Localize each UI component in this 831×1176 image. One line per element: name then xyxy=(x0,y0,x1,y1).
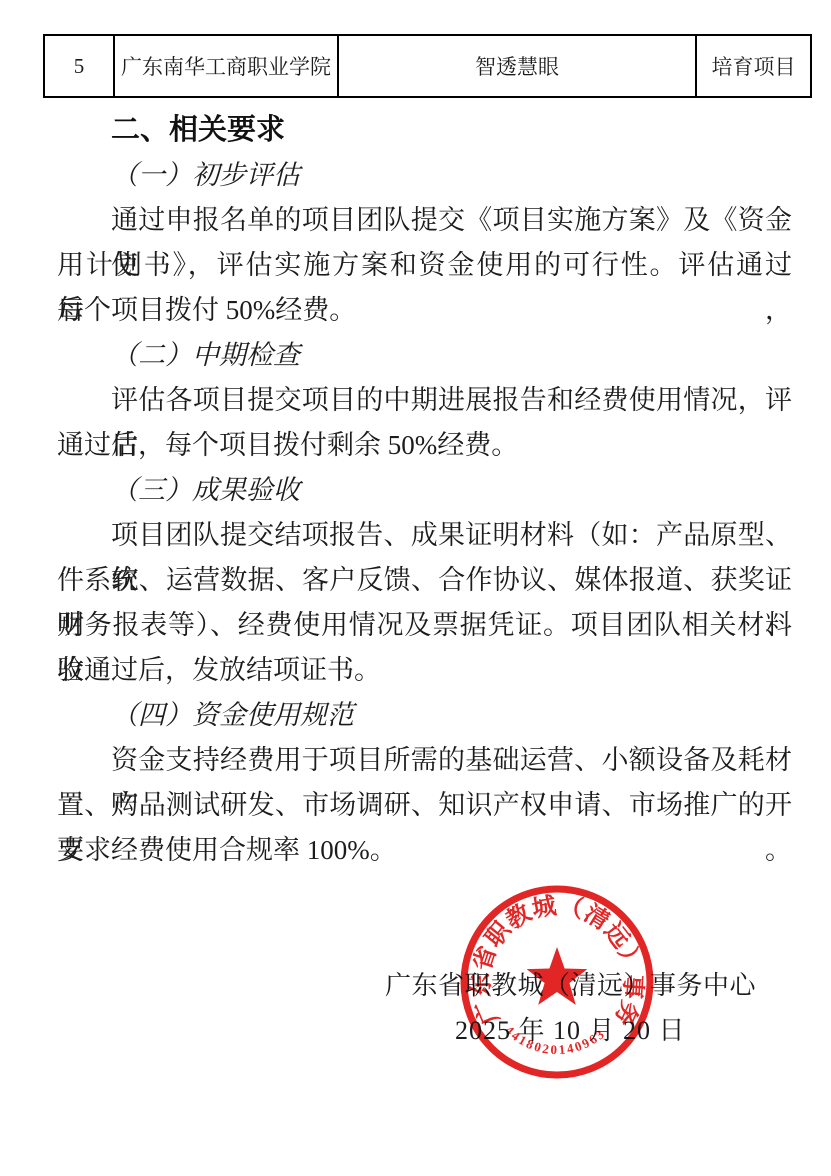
paragraph-line: 用计划书》，评估实施方案和资金使用的可行性。评估通过后， xyxy=(57,243,792,288)
subsection-title-4: （四）资金使用规范 xyxy=(57,693,792,738)
document-body: 二、相关要求 （一）初步评估 通过申报名单的项目团队提交《项目实施方案》及《资金… xyxy=(57,108,792,873)
svg-text:4418020140963: 4418020140963 xyxy=(502,1023,608,1058)
section-heading: 二、相关要求 xyxy=(57,108,792,153)
subsection-title-3: （三）成果验收 xyxy=(57,468,792,513)
table-row: 5 广东南华工商职业学院 智透慧眼 培育项目 xyxy=(44,35,811,97)
seal-arc-text: 广东省职教城（清远）事务中心 xyxy=(457,882,647,1030)
official-seal: 广东省职教城（清远）事务中心 4418020140963 xyxy=(457,882,657,1082)
paragraph-line: 收通过后，发放结项证书。 xyxy=(57,648,792,693)
paragraph-line: 通过申报名单的项目团队提交《项目实施方案》及《资金使 xyxy=(57,198,792,243)
paragraph-line: 项目团队提交结项报告、成果证明材料（如：产品原型、软 xyxy=(57,513,792,558)
svg-text:广东省职教城（清远）事务中心: 广东省职教城（清远）事务中心 xyxy=(457,882,647,1030)
cell-project-name: 智透慧眼 xyxy=(338,35,696,97)
paragraph-line: 资金支持经费用于项目所需的基础运营、小额设备及耗材购 xyxy=(57,738,792,783)
paragraph-line: 财务报表等）、经费使用情况及票据凭证。项目团队相关材料验 xyxy=(57,603,792,648)
seal-code: 4418020140963 xyxy=(502,1023,608,1058)
document-page: 5 广东南华工商职业学院 智透慧眼 培育项目 二、相关要求 （一）初步评估 通过… xyxy=(0,0,831,1176)
paragraph-line: 置、产品测试研发、市场调研、知识产权申请、市场推广的开支。 xyxy=(57,783,792,828)
paragraph-line: 通过后，每个项目拨付剩余 50%经费。 xyxy=(57,423,792,468)
project-table: 5 广东南华工商职业学院 智透慧眼 培育项目 xyxy=(43,34,812,98)
subsection-title-2: （二）中期检查 xyxy=(57,333,792,378)
paragraph-line: 评估各项目提交项目的中期进展报告和经费使用情况，评估 xyxy=(57,378,792,423)
subsection-title-1: （一）初步评估 xyxy=(57,153,792,198)
paragraph-line: 件系统、运营数据、客户反馈、合作协议、媒体报道、获奖证明、 xyxy=(57,558,792,603)
cell-project-type: 培育项目 xyxy=(696,35,811,97)
cell-row-number: 5 xyxy=(44,35,114,97)
cell-school-name: 广东南华工商职业学院 xyxy=(114,35,338,97)
star-icon xyxy=(527,947,588,1005)
